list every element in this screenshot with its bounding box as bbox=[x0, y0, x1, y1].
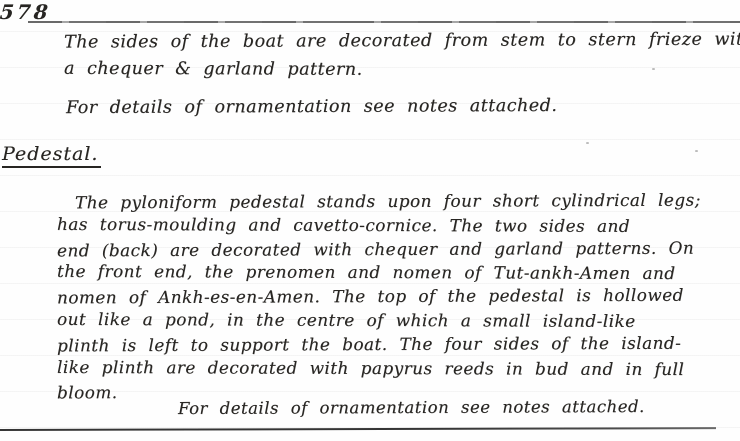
handwritten-line: The sides of the boat are decorated from… bbox=[64, 25, 740, 57]
handwritten-line: out like a pond, in the centre of which … bbox=[57, 308, 701, 334]
bottom-rule bbox=[0, 427, 716, 431]
manuscript-page: 578 The sides of the boat are decorated … bbox=[0, 0, 740, 441]
top-rule bbox=[28, 21, 740, 23]
handwritten-line: like plinth are decorated with papyrus r… bbox=[57, 355, 701, 381]
handwritten-line: nomen of Ankh-es-en-Amen. The top of the… bbox=[57, 284, 701, 311]
scan-speck bbox=[695, 150, 698, 152]
heading-pedestal: Pedestal. bbox=[2, 143, 101, 168]
handwritten-line: a chequer & garland pattern. bbox=[64, 55, 740, 86]
handwritten-line: has torus-moulding and cavetto-cornice. … bbox=[57, 213, 701, 239]
paragraph-ornamentation-note-2: For details of ornamentation see notes a… bbox=[178, 397, 645, 419]
handwritten-line: For details of ornamentation see notes a… bbox=[66, 94, 558, 120]
handwritten-line: end (back) are decorated with chequer an… bbox=[57, 236, 701, 263]
paragraph-boat-decoration: The sides of the boat are decorated from… bbox=[64, 27, 740, 85]
scan-speck bbox=[586, 142, 589, 144]
handwritten-line: The pyloniform pedestal stands upon four… bbox=[57, 189, 701, 216]
handwritten-line: plinth is left to support the boat. The … bbox=[57, 331, 701, 358]
handwritten-line: the front end, the prenomen and nomen of… bbox=[57, 260, 701, 286]
scan-speck bbox=[652, 68, 655, 70]
paragraph-ornamentation-note-1: For details of ornamentation see notes a… bbox=[66, 95, 557, 119]
paragraph-pedestal-description: The pyloniform pedestal stands upon four… bbox=[57, 190, 701, 404]
handwritten-line: For details of ornamentation see notes a… bbox=[178, 396, 645, 420]
